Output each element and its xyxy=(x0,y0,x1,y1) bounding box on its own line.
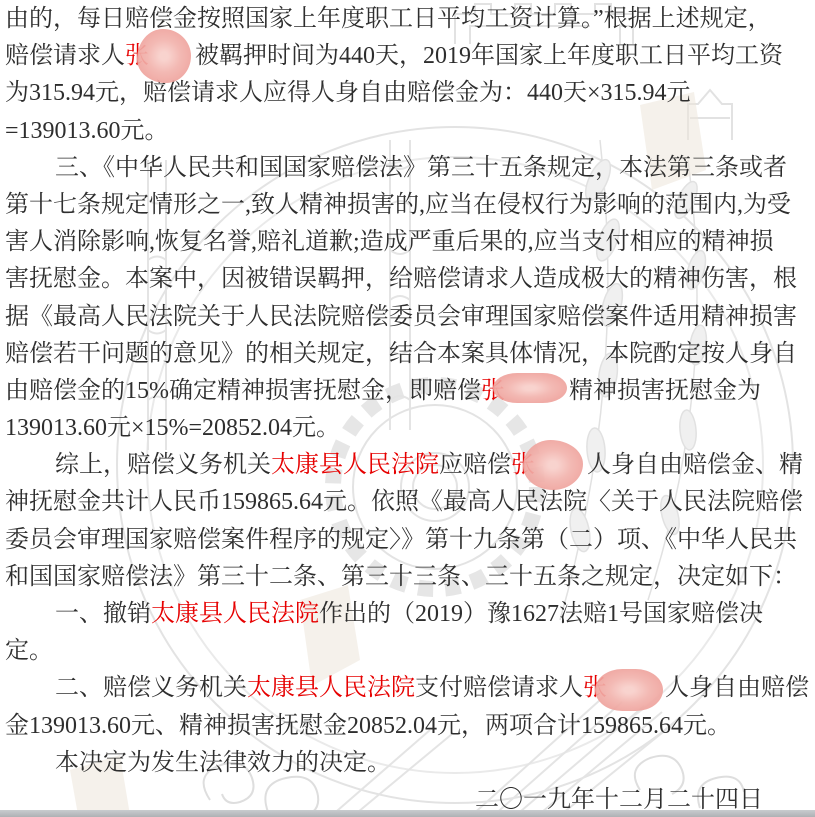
doc-line: 为315.94元，赔偿请求人应得人身自由赔偿金为：440天×315.94元 xyxy=(5,75,795,112)
doc-line: 由赔偿金的15%确定精神损害抚慰金，即赔偿张精神损害抚慰金为 xyxy=(5,373,795,410)
name-redaction-blob xyxy=(493,373,567,403)
court-name-red: 太康县人民法院 xyxy=(151,601,319,627)
text-segment: 第十七条规定情形之一,致人精神损害的,应当在侵权行为影响的范围内,为受 xyxy=(5,192,791,218)
doc-line: 139013.60元×15%=20852.04元。 xyxy=(5,410,795,447)
doc-line: =139013.60元。 xyxy=(5,113,795,150)
text-segment: 二、赔偿义务机关 xyxy=(55,675,247,701)
doc-line: 赔偿请求人张被羁押时间为440天，2019年国家上年度职工日平均工资 xyxy=(5,38,795,75)
doc-line: 害抚慰金。本案中，因被错误羁押，给赔偿请求人造成极大的精神伤害，根 xyxy=(5,261,795,298)
text-segment: 139013.60元×15%=20852.04元。 xyxy=(5,415,340,441)
doc-line: 本决定为发生法律效力的决定。 xyxy=(5,745,795,782)
document-page: 由的，每日赔偿金按照国家上年度职工日平均工资计算。”根据上述规定， 赔偿请求人张… xyxy=(0,0,815,817)
name-redaction-blob xyxy=(137,29,191,83)
text-segment: 被羁押时间为440天，2019年国家上年度职工日平均工资 xyxy=(195,43,783,69)
text-segment: 委员会审理国家赔偿案件程序的规定〉》第十九条第（二）项、《中华人民共 xyxy=(5,527,797,553)
court-name-red: 太康县人民法院 xyxy=(271,452,439,478)
doc-line: 害人消除影响,恢复名誉,赔礼道歉;造成严重后果的,应当支付相应的精神损 xyxy=(5,224,795,261)
text-segment: 神抚慰金共计人民币159865.64元。依照《最高人民法院〈关于人民法院赔偿 xyxy=(5,489,803,515)
doc-line: 三、《中华人民共和国国家赔偿法》第三十五条规定，本法第三条或者 xyxy=(5,150,795,187)
text-segment: 赔偿请求人 xyxy=(5,43,125,69)
doc-line: 定。 xyxy=(5,633,795,670)
text-segment: 综上，赔偿义务机关 xyxy=(55,452,271,478)
text-segment: 害人消除影响,恢复名誉,赔礼道歉;造成严重后果的,应当支付相应的精神损 xyxy=(5,229,774,255)
text-segment: 作出的（2019）豫1627法赔1号国家赔偿决 xyxy=(319,601,763,627)
name-redaction-blob xyxy=(595,669,663,711)
text-segment: 害抚慰金。本案中，因被错误羁押，给赔偿请求人造成极大的精神伤害，根 xyxy=(5,266,797,292)
name-redaction-blob xyxy=(523,440,583,490)
court-name-red: 太康县人民法院 xyxy=(247,675,415,701)
text-segment: 由的，每日赔偿金按照国家上年度职工日平均工资计算。”根据上述规定， xyxy=(5,6,772,32)
text-segment: 金139013.60元、精神损害抚慰金20852.04元，两项合计159865.… xyxy=(5,713,731,739)
doc-line: 第十七条规定情形之一,致人精神损害的,应当在侵权行为影响的范围内,为受 xyxy=(5,187,795,224)
text-segment: 人身自由赔偿金、精 xyxy=(587,452,803,478)
doc-line: 由的，每日赔偿金按照国家上年度职工日平均工资计算。”根据上述规定， xyxy=(5,1,795,38)
doc-line: 赔偿若干问题的意见》的相关规定，结合本案具体情况，本院酌定按人身自 xyxy=(5,336,795,373)
doc-line: 神抚慰金共计人民币159865.64元。依照《最高人民法院〈关于人民法院赔偿 xyxy=(5,484,795,521)
text-segment: 由赔偿金的15%确定精神损害抚慰金，即赔偿 xyxy=(5,378,481,404)
text-segment: 赔偿若干问题的意见》的相关规定，结合本案具体情况，本院酌定按人身自 xyxy=(5,341,797,367)
text-segment: =139013.60元。 xyxy=(5,118,169,144)
text-segment: 定。 xyxy=(5,638,53,664)
doc-line: 委员会审理国家赔偿案件程序的规定〉》第十九条第（二）项、《中华人民共 xyxy=(5,522,795,559)
decision-text: 由的，每日赔偿金按照国家上年度职工日平均工资计算。”根据上述规定， 赔偿请求人张… xyxy=(5,1,795,817)
doc-line: 金139013.60元、精神损害抚慰金20852.04元，两项合计159865.… xyxy=(5,708,795,745)
text-segment: 本决定为发生法律效力的决定。 xyxy=(55,750,391,776)
doc-line: 一、撤销太康县人民法院作出的（2019）豫1627法赔1号国家赔偿决 xyxy=(5,596,795,633)
doc-line: 据《最高人民法院关于人民法院赔偿委员会审理国家赔偿案件适用精神损害 xyxy=(5,299,795,336)
doc-line: 和国国家赔偿法》第三十二条、第三十三条、三十五条之规定，决定如下： xyxy=(5,559,795,596)
doc-line: 综上，赔偿义务机关太康县人民法院应赔偿张人身自由赔偿金、精 xyxy=(5,447,795,484)
text-segment: 和国国家赔偿法》第三十二条、第三十三条、三十五条之规定，决定如下： xyxy=(5,564,797,590)
text-segment: 人身自由赔偿 xyxy=(665,675,809,701)
doc-line: 二、赔偿义务机关太康县人民法院支付赔偿请求人张人身自由赔偿 xyxy=(5,670,795,707)
text-segment: 为315.94元，赔偿请求人应得人身自由赔偿金为：440天×315.94元 xyxy=(5,80,691,106)
text-segment: 精神损害抚慰金为 xyxy=(569,378,761,404)
text-segment: 应赔偿 xyxy=(439,452,511,478)
text-segment: 据《最高人民法院关于人民法院赔偿委员会审理国家赔偿案件适用精神损害 xyxy=(5,304,797,330)
text-segment: 一、撤销 xyxy=(55,601,151,627)
page-edge-bar xyxy=(0,810,815,817)
text-segment: 支付赔偿请求人 xyxy=(415,675,583,701)
text-segment: 三、《中华人民共和国国家赔偿法》第三十五条规定，本法第三条或者 xyxy=(55,155,787,181)
